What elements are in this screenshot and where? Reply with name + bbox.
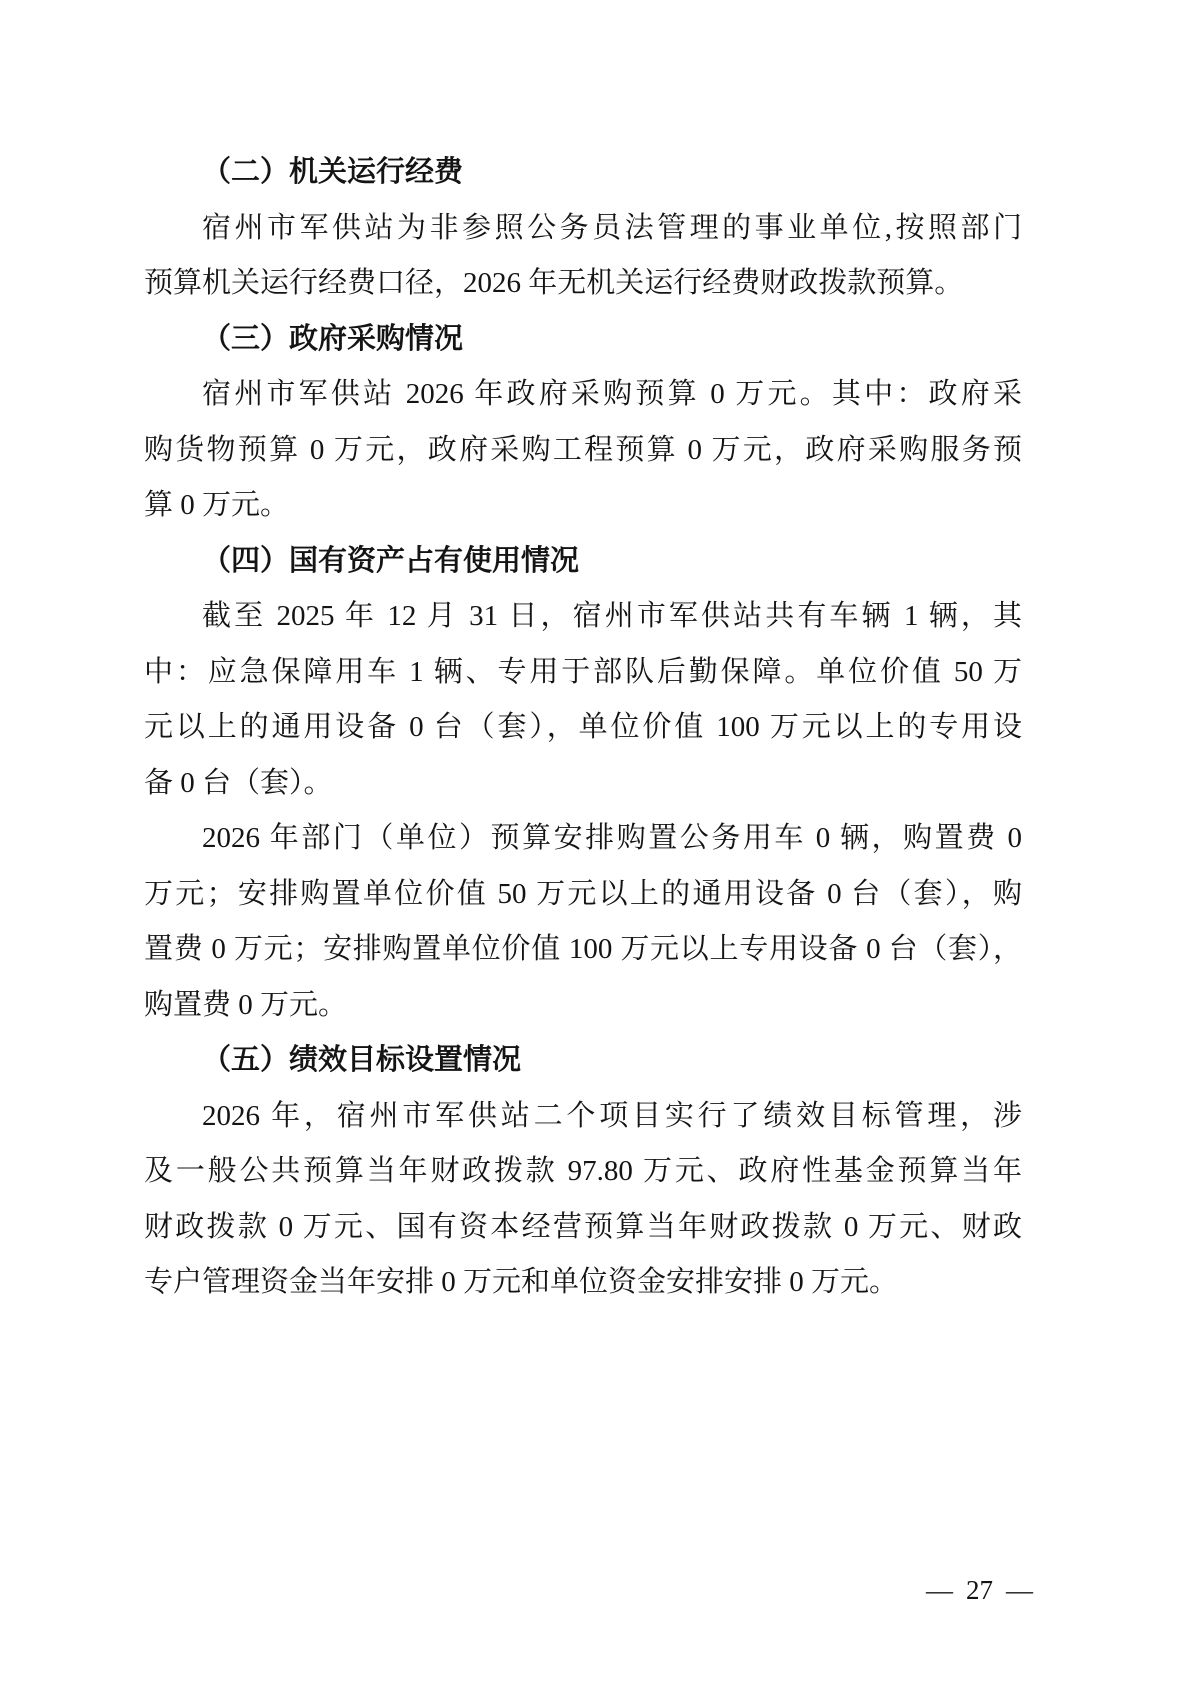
body-line: 宿州市军供站为非参照公务员法管理的事业单位,按照部门: [144, 201, 1022, 257]
body-line: 宿州市军供站 2026 年政府采购预算 0 万元。其中：政府采: [144, 367, 1022, 423]
body-line: 截至 2025 年 12 月 31 日，宿州市军供站共有车辆 1 辆，其: [144, 589, 1022, 645]
body-line: 算 0 万元。: [144, 478, 1022, 534]
footer-dash-right: —: [1006, 1574, 1033, 1606]
body-line: 2026 年，宿州市军供站二个项目实行了绩效目标管理，涉: [144, 1089, 1022, 1145]
footer-dash-left: —: [926, 1574, 953, 1606]
body-line: 备 0 台（套）。: [144, 756, 1022, 812]
section-heading: （三）政府采购情况: [144, 312, 1022, 368]
section-heading: （四）国有资产占有使用情况: [144, 534, 1022, 590]
section-heading: （二）机关运行经费: [144, 145, 1022, 201]
body-line: 2026 年部门（单位）预算安排购置公务用车 0 辆，购置费 0: [144, 811, 1022, 867]
document-page: （二）机关运行经费 宿州市军供站为非参照公务员法管理的事业单位,按照部门 预算机…: [0, 0, 1190, 1683]
body-line: 中：应急保障用车 1 辆、专用于部队后勤保障。单位价值 50 万: [144, 645, 1022, 701]
body-line: 购置费 0 万元。: [144, 978, 1022, 1034]
body-line: 及一般公共预算当年财政拨款 97.80 万元、政府性基金预算当年: [144, 1144, 1022, 1200]
section-state-owned-assets: （四）国有资产占有使用情况 截至 2025 年 12 月 31 日，宿州市军供站…: [144, 534, 1022, 1034]
page-number: 27: [966, 1574, 993, 1606]
body-line: 万元；安排购置单位价值 50 万元以上的通用设备 0 台（套），购: [144, 867, 1022, 923]
section-government-procurement: （三）政府采购情况 宿州市军供站 2026 年政府采购预算 0 万元。其中：政府…: [144, 312, 1022, 534]
document-body: （二）机关运行经费 宿州市军供站为非参照公务员法管理的事业单位,按照部门 预算机…: [144, 145, 1022, 1311]
body-line: 元以上的通用设备 0 台（套），单位价值 100 万元以上的专用设: [144, 700, 1022, 756]
body-line: 预算机关运行经费口径，2026 年无机关运行经费财政拨款预算。: [144, 256, 1022, 312]
section-heading: （五）绩效目标设置情况: [144, 1033, 1022, 1089]
section-performance-targets: （五）绩效目标设置情况 2026 年，宿州市军供站二个项目实行了绩效目标管理，涉…: [144, 1033, 1022, 1311]
page-footer: — 27 —: [926, 1574, 1033, 1606]
body-line: 购货物预算 0 万元，政府采购工程预算 0 万元，政府采购服务预: [144, 423, 1022, 479]
body-line: 财政拨款 0 万元、国有资本经营预算当年财政拨款 0 万元、财政: [144, 1200, 1022, 1256]
body-line: 专户管理资金当年安排 0 万元和单位资金安排安排 0 万元。: [144, 1255, 1022, 1311]
section-organ-operating-funds: （二）机关运行经费 宿州市军供站为非参照公务员法管理的事业单位,按照部门 预算机…: [144, 145, 1022, 312]
body-line: 置费 0 万元；安排购置单位价值 100 万元以上专用设备 0 台（套），: [144, 922, 1022, 978]
